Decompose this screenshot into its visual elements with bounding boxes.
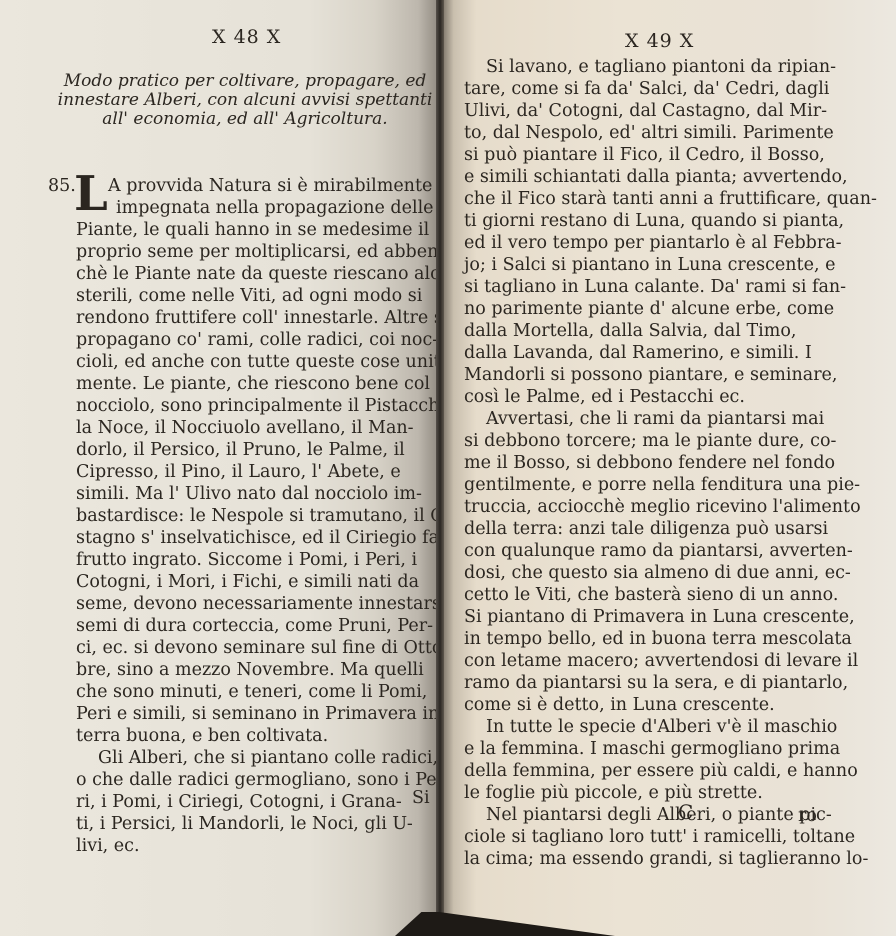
text-line: Mandorli si possono piantare, e seminare… <box>464 364 884 386</box>
signature-mark: C <box>678 800 693 824</box>
catchword-left: Si <box>412 788 430 808</box>
text-line: Cipresso, il Pino, il Lauro, l' Abete, e <box>76 461 440 483</box>
text-line: livi, ec. <box>76 835 440 857</box>
book-spread: X 48 X Modo pratico per coltivare, propa… <box>0 0 896 936</box>
text-line: ci, ec. si devono seminare sul fine di O… <box>76 637 440 659</box>
text-line: Avvertasi, che li rami da piantarsi mai <box>464 408 884 430</box>
text-line: le foglie più piccole, e più strette. <box>464 782 884 804</box>
left-page-text: A provvida Natura si è mirabilmenteimpeg… <box>76 175 440 857</box>
text-line: Nel piantarsi degli Alberi, o piante pic… <box>464 804 884 826</box>
text-line: della terra: anzi tale diligenza può usa… <box>464 518 884 540</box>
text-line: truccia, acciocchè meglio ricevino l'ali… <box>464 496 884 518</box>
text-line: così le Palme, ed i Pestacchi ec. <box>464 386 884 408</box>
text-line: si debbono torcere; ma le piante dure, c… <box>464 430 884 452</box>
text-line: semi di dura corteccia, come Pruni, Per- <box>76 615 440 637</box>
section-number: 85. <box>48 175 76 197</box>
page-number-right: X 49 X <box>625 30 694 52</box>
catchword-right: ro <box>798 806 817 826</box>
text-line: stagno s' inselvatichisce, ed il Ciriegi… <box>76 527 440 549</box>
text-line: dosi, che questo sia almeno di due anni,… <box>464 562 884 584</box>
text-line: dalla Mortella, dalla Salvia, dal Timo, <box>464 320 884 342</box>
text-line: ti giorni restano di Luna, quando si pia… <box>464 210 884 232</box>
text-line: dalla Lavanda, dal Ramerino, e simili. I <box>464 342 884 364</box>
right-page: X 49 X Si lavano, e tagliano piantoni da… <box>440 0 896 936</box>
text-line: come si è detto, in Luna crescente. <box>464 694 884 716</box>
text-line: tare, come si fa da' Salci, da' Cedri, d… <box>464 78 884 100</box>
text-line: ed il vero tempo per piantarlo è al Febb… <box>464 232 884 254</box>
text-line: gentilmente, e porre nella fenditura una… <box>464 474 884 496</box>
text-line: simili. Ma l' Ulivo nato dal nocciolo im… <box>76 483 440 505</box>
text-line: Ulivi, da' Cotogni, dal Castagno, dal Mi… <box>464 100 884 122</box>
book-gutter <box>436 0 444 936</box>
text-line: si può piantare il Fico, il Cedro, il Bo… <box>464 144 884 166</box>
text-line: la cima; ma essendo grandi, si taglieran… <box>464 848 884 870</box>
text-line: Si piantano di Primavera in Luna crescen… <box>464 606 884 628</box>
text-line: ramo da piantarsi su la sera, e di piant… <box>464 672 884 694</box>
text-line: me il Bosso, si debbono fendere nel fond… <box>464 452 884 474</box>
text-line: Si lavano, e tagliano piantoni da ripian… <box>464 56 884 78</box>
text-line: terra buona, e ben coltivata. <box>76 725 440 747</box>
text-line: Peri e simili, si seminano in Primavera … <box>76 703 440 725</box>
text-line: jo; i Salci si piantano in Luna crescent… <box>464 254 884 276</box>
text-line: della femmina, per essere più caldi, e h… <box>464 760 884 782</box>
text-line: Piante, le quali hanno in se medesime il <box>76 219 440 241</box>
text-line: rendono fruttifere coll' innestarle. Alt… <box>76 307 440 329</box>
text-line: si tagliano in Luna calante. Da' rami si… <box>464 276 884 298</box>
text-line: dorlo, il Persico, il Pruno, le Palme, i… <box>76 439 440 461</box>
text-line: che sono minuti, e teneri, come li Pomi, <box>76 681 440 703</box>
chapter-heading: Modo pratico per coltivare, propagare, e… <box>55 72 435 129</box>
text-line: frutto ingrato. Siccome i Pomi, i Peri, … <box>76 549 440 571</box>
text-line: ciole si tagliano loro tutt' i ramicelli… <box>464 826 884 848</box>
text-line: Gli Alberi, che si piantano colle radici… <box>76 747 440 769</box>
text-line: ri, i Pomi, i Ciriegi, Cotogni, i Grana- <box>76 791 440 813</box>
text-line: A provvida Natura si è mirabilmente <box>76 175 440 197</box>
text-line: o che dalle radici germogliano, sono i P… <box>76 769 440 791</box>
text-line: che il Fico starà tanti anni a fruttific… <box>464 188 884 210</box>
text-line: con qualunque ramo da piantarsi, avverte… <box>464 540 884 562</box>
text-line: mente. Le piante, che riescono bene col <box>76 373 440 395</box>
text-line: to, dal Nespolo, ed' altri simili. Parim… <box>464 122 884 144</box>
text-line: Cotogni, i Mori, i Fichi, e simili nati … <box>76 571 440 593</box>
text-line: nocciolo, sono principalmente il Pistacc… <box>76 395 440 417</box>
text-line: e simili schiantati dalla pianta; avvert… <box>464 166 884 188</box>
text-line: cioli, ed anche con tutte queste cose un… <box>76 351 440 373</box>
text-line: in tempo bello, ed in buona terra mescol… <box>464 628 884 650</box>
page-number-left: X 48 X <box>212 26 281 48</box>
text-line: In tutte le specie d'Alberi v'è il masch… <box>464 716 884 738</box>
text-line: la Noce, il Nocciuolo avellano, il Man- <box>76 417 440 439</box>
text-line: sterili, come nelle Viti, ad ogni modo s… <box>76 285 440 307</box>
text-line: proprio seme per moltiplicarsi, ed abben… <box>76 241 440 263</box>
text-line: bre, sino a mezzo Novembre. Ma quelli <box>76 659 440 681</box>
text-line: propagano co' rami, colle radici, coi no… <box>76 329 440 351</box>
text-line: ti, i Persici, li Mandorli, le Noci, gli… <box>76 813 440 835</box>
text-line: cetto le Viti, che basterà sieno di un a… <box>464 584 884 606</box>
text-line: con letame macero; avvertendosi di levar… <box>464 650 884 672</box>
right-page-text: Si lavano, e tagliano piantoni da ripian… <box>464 56 884 870</box>
text-line: seme, devono necessariamente innestarsi;… <box>76 593 440 615</box>
text-line: no parimente piante d' alcune erbe, come <box>464 298 884 320</box>
text-line: e la femmina. I maschi germogliano prima <box>464 738 884 760</box>
drop-cap: L <box>74 170 108 218</box>
text-line: impegnata nella propagazione delle <box>76 197 440 219</box>
text-line: chè le Piante nate da queste riescano al… <box>76 263 440 285</box>
text-line: bastardisce: le Nespole si tramutano, il… <box>76 505 440 527</box>
left-page: X 48 X Modo pratico per coltivare, propa… <box>0 0 440 936</box>
